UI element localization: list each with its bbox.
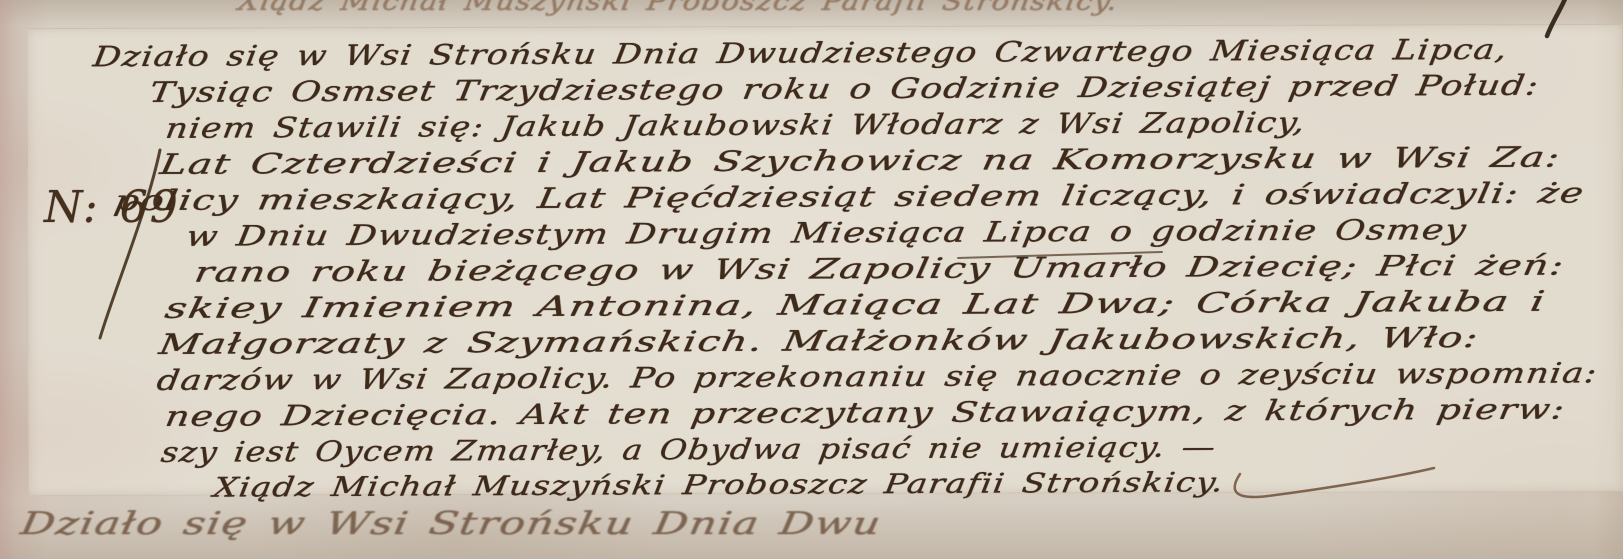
next-record-beginning: Działo się w Wsi Strońsku Dnia Dwu bbox=[18, 506, 884, 542]
record-line: w Dniu Dwudziestym Drugim Miesiąca Lipca… bbox=[184, 213, 1469, 254]
record-line: Działo się w Wsi Strońsku Dnia Dwudziest… bbox=[91, 33, 1510, 74]
record-line: skiey Imieniem Antonina, Maiąca Lat Dwa;… bbox=[162, 285, 1549, 326]
record-line: nego Dziecięcia. Akt ten przeczytany Sta… bbox=[163, 392, 1568, 433]
record-line: darzów w Wsi Zapolicy. Po przekonaniu si… bbox=[155, 356, 1600, 398]
record-line: Lat Czterdzieści i Jakub Szychowicz na K… bbox=[157, 141, 1563, 182]
priest-signature-line: Xiądz Michał Muszyński Proboszcz Parafii… bbox=[211, 466, 1226, 505]
record-line: Tysiąc Osmset Trzydziestego roku o Godzi… bbox=[147, 69, 1542, 110]
record-line: policy mieszkaiący, Lat Pięćdziesiąt sie… bbox=[112, 176, 1587, 218]
record-line: rano roku bieżącego w Wsi Zapolicy Umarł… bbox=[192, 248, 1567, 289]
manuscript-page: { "page": { "record_number": "N: 69", "p… bbox=[0, 0, 1623, 559]
record-line: szy iest Oycem Zmarłey, a Obydwa pisać n… bbox=[159, 430, 1218, 470]
record-line: Małgorzaty z Szymańskich. Małżonków Jaku… bbox=[156, 321, 1481, 362]
previous-record-ending: Xiądz Michał Muszyński Proboszcz Parafii… bbox=[236, 0, 1120, 16]
record-line: niem Stawili się: Jakub Jakubowski Włoda… bbox=[163, 106, 1308, 146]
death-record-entry: Działo się w Wsi Strońsku Dnia Dwudziest… bbox=[169, 32, 1623, 559]
